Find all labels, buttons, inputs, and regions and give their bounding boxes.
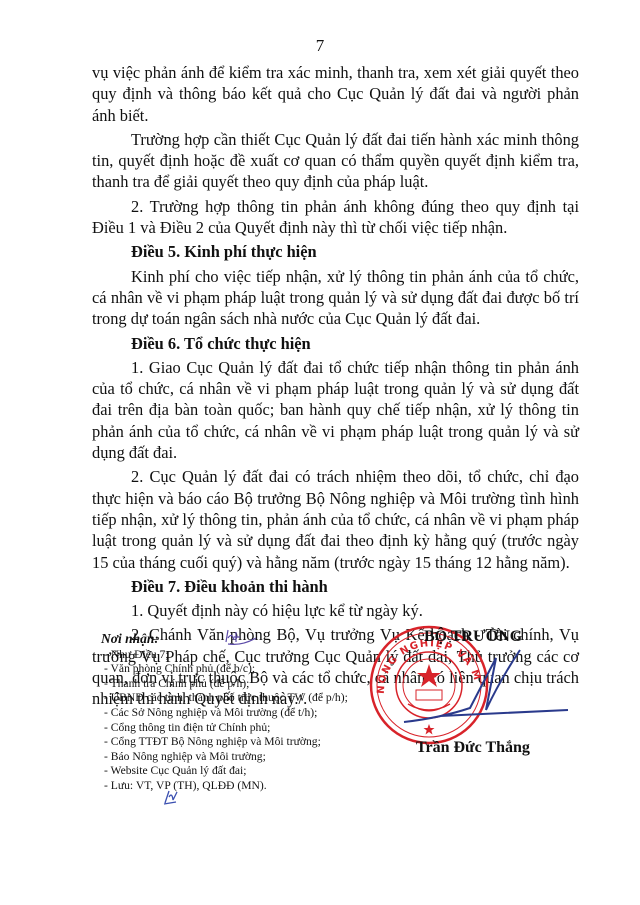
- recipient-item: - Lưu: VT, VP (TH), QLĐĐ (MN).: [104, 779, 401, 794]
- paragraph: 2. Trường hợp thông tin phản ánh không đ…: [92, 196, 579, 239]
- document-body: vụ việc phản ánh để kiểm tra xác minh, t…: [92, 62, 579, 713]
- initial-mark-icon: [222, 628, 262, 648]
- paragraph: 1. Quyết định này có hiệu lực kể từ ngày…: [92, 600, 579, 621]
- recipient-item: - Như Điều 7;: [104, 648, 401, 663]
- paragraph: Trường hợp cần thiết Cục Quản lý đất đai…: [92, 129, 579, 193]
- paragraph: 2. Cục Quản lý đất đai có trách nhiệm th…: [92, 466, 579, 572]
- recipients-block: Nơi nhận: - Như Điều 7; - Văn phòng Chín…: [101, 632, 401, 794]
- paragraph: 1. Giao Cục Quản lý đất đai tổ chức tiếp…: [92, 357, 579, 463]
- recipient-item: - Website Cục Quản lý đất đai;: [104, 764, 401, 779]
- paragraph: vụ việc phản ánh để kiểm tra xác minh, t…: [92, 62, 579, 126]
- signer-name: Trần Đức Thắng: [416, 739, 530, 757]
- paragraph: Kinh phí cho việc tiếp nhận, xử lý thông…: [92, 266, 579, 330]
- article-heading: Điều 5. Kinh phí thực hiện: [92, 241, 579, 262]
- recipient-item: - Thanh tra Chính phủ (để p/h);: [104, 677, 401, 692]
- article-heading: Điều 7. Điều khoản thi hành: [92, 576, 579, 597]
- recipients-list: - Như Điều 7; - Văn phòng Chính phủ (để …: [101, 648, 401, 794]
- recipient-item: - Cổng TTĐT Bộ Nông nghiệp và Môi trường…: [104, 735, 401, 750]
- recipient-item: - UBND các tỉnh, thành phố trực thuộc TW…: [104, 691, 401, 706]
- recipient-item: - Cổng thông tin điện tử Chính phủ;: [104, 721, 401, 736]
- article-heading: Điều 6. Tổ chức thực hiện: [92, 333, 579, 354]
- initial-mark-icon: [162, 788, 180, 806]
- recipient-item: - Các Sở Nông nghiệp và Môi trường (để t…: [104, 706, 401, 721]
- page-number: 7: [0, 36, 640, 56]
- signature-icon: [400, 640, 570, 750]
- recipient-item: - Báo Nông nghiệp và Môi trường;: [104, 750, 401, 765]
- recipient-item: - Văn phòng Chính phủ (để b/c);: [104, 662, 401, 677]
